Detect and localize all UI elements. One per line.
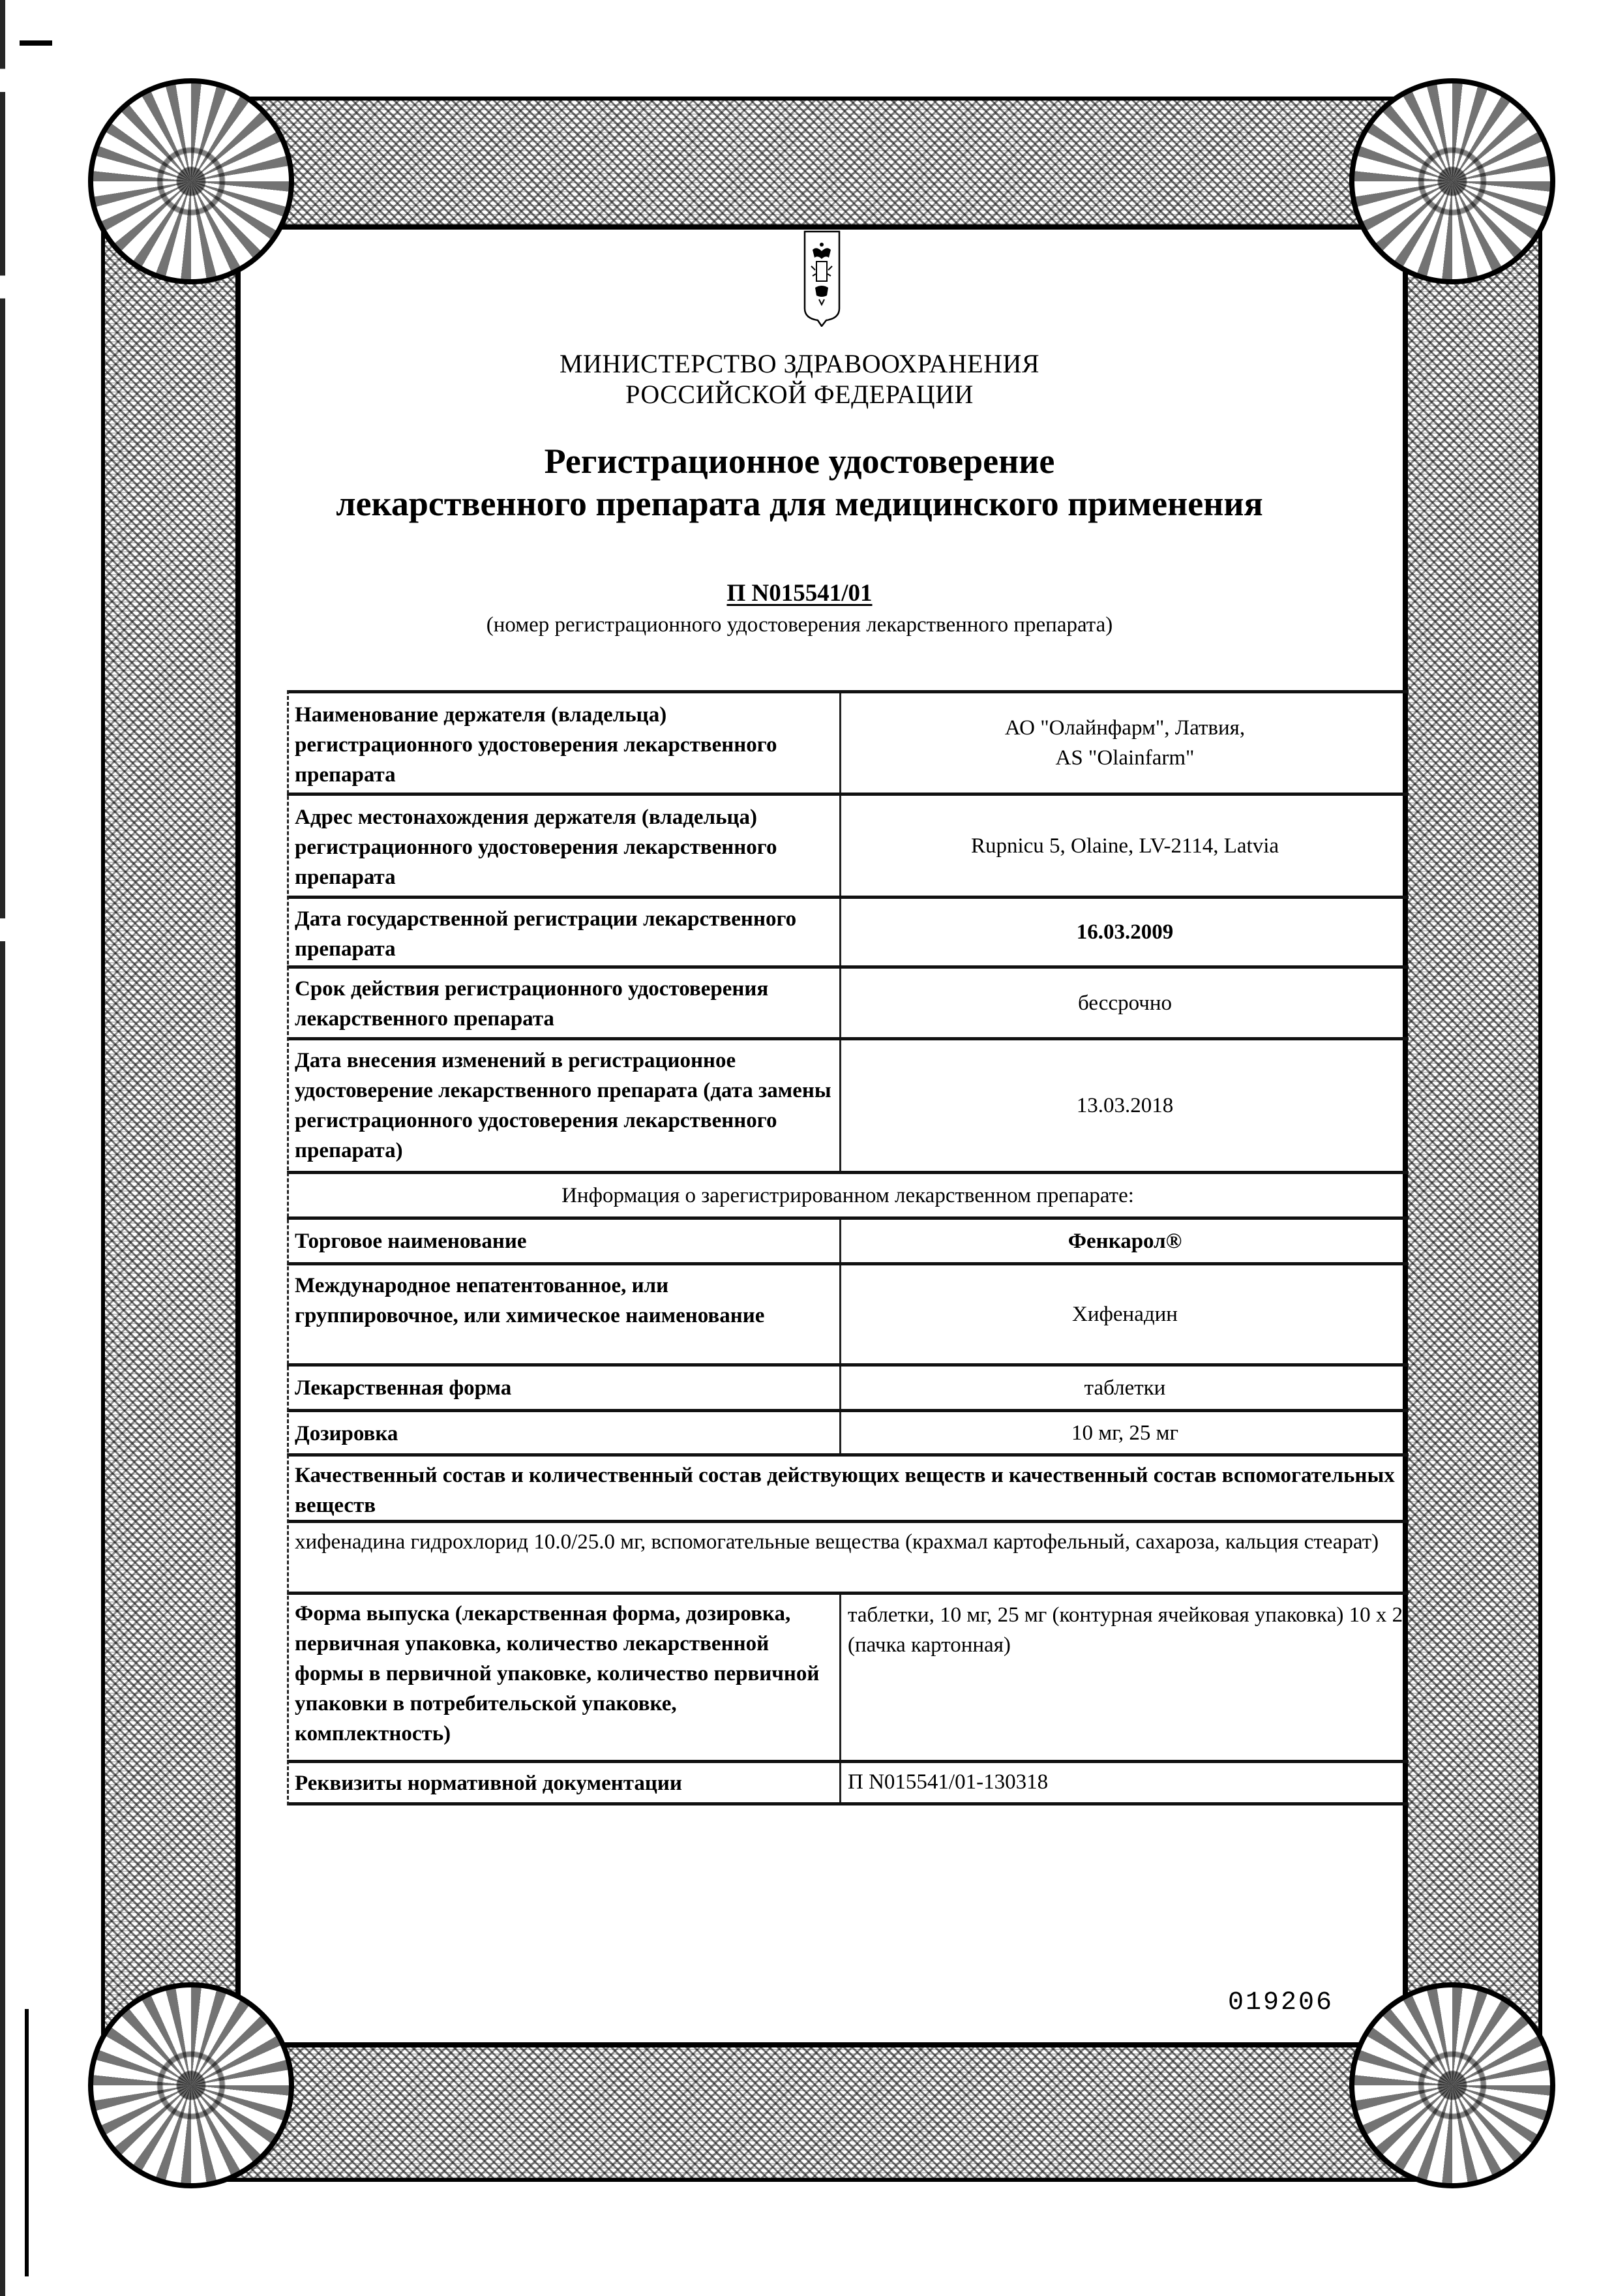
border-band-bottom [160, 2042, 1484, 2182]
holder-name-value: АО "Олайнфарм", Латвия, AS "Olainfarm" [839, 693, 1409, 793]
corner-rosette-top-left [88, 78, 294, 284]
table-row-composition-header: Качественный состав и количественный сос… [287, 1453, 1409, 1520]
holder-name-value-line1: АО "Олайнфарм", Латвия, [1005, 713, 1245, 743]
normative-docs-value: П N015541/01-130318 [839, 1763, 1409, 1802]
registration-date-value: 16.03.2009 [839, 899, 1409, 965]
corner-rosette-top-right [1349, 78, 1555, 284]
document-title-line1: Регистрационное удостоверение [0, 440, 1599, 482]
table-row-normative-docs: Реквизиты нормативной документации П N01… [287, 1760, 1409, 1805]
change-date-value: 13.03.2018 [839, 1040, 1409, 1171]
border-band-top [160, 97, 1484, 230]
corner-rosette-bottom-right [1349, 1982, 1555, 2188]
validity-value: бессрочно [839, 969, 1409, 1037]
corner-rosette-bottom-left [88, 1982, 294, 2188]
scan-mark [20, 40, 52, 46]
registration-number-caption: (номер регистрационного удостоверения ле… [0, 613, 1599, 637]
registration-number-text: П N015541/01 [726, 580, 872, 607]
ministry-name-line2: РОССИЙСКОЙ ФЕДЕРАЦИИ [0, 380, 1599, 410]
table-row-registration-date: Дата государственной регистрации лекарст… [287, 896, 1409, 965]
composition-value: хифенадина гидрохлорид 10.0/25.0 мг, всп… [295, 1527, 1401, 1557]
composition-header: Качественный состав и количественный сос… [295, 1460, 1401, 1520]
registration-number: П N015541/01 [0, 579, 1599, 607]
coat-of-arms-icon [803, 230, 841, 327]
table-left-border [287, 690, 289, 1805]
ministry-name-line1: МИНИСТЕРСТВО ЗДРАВООХРАНЕНИЯ [0, 349, 1599, 379]
table-row-inn: Международное непатентованное, или групп… [287, 1262, 1409, 1363]
table-row-info-header: Информация о зарегистрированном лекарств… [287, 1171, 1409, 1216]
trade-name-value: Фенкарол® [839, 1220, 1409, 1262]
trade-name-label: Торговое наименование [295, 1226, 836, 1256]
release-form-value: таблетки, 10 мг, 25 мг (контурная ячейко… [839, 1595, 1409, 1760]
dosage-form-label: Лекарственная форма [295, 1373, 836, 1403]
holder-name-label: Наименование держателя (владельца) регис… [295, 700, 836, 790]
table-row-dosage-form: Лекарственная форма таблетки [287, 1363, 1409, 1409]
inn-label: Международное непатентованное, или групп… [295, 1271, 836, 1331]
scan-edge-line [0, 0, 5, 2296]
dosage-label: Дозировка [295, 1419, 836, 1449]
table-row-change-date: Дата внесения изменений в регистрационно… [287, 1037, 1409, 1171]
release-form-label: Форма выпуска (лекарственная форма, дози… [295, 1599, 836, 1749]
table-row-validity: Срок действия регистрационного удостовер… [287, 965, 1409, 1037]
registration-date-label: Дата государственной регистрации лекарст… [295, 904, 836, 964]
document-title-line2: лекарственного препарата для медицинског… [0, 483, 1599, 524]
validity-label: Срок действия регистрационного удостовер… [295, 974, 836, 1034]
serial-number: 019206 [1228, 1988, 1334, 2017]
table-row-holder-address: Адрес местонахождения держателя (владель… [287, 793, 1409, 896]
holder-address-value: Rupnicu 5, Olaine, LV-2114, Latvia [839, 796, 1409, 896]
inn-value: Хифенадин [839, 1265, 1409, 1363]
table-row-dosage: Дозировка 10 мг, 25 мг [287, 1409, 1409, 1453]
normative-docs-label: Реквизиты нормативной документации [295, 1768, 836, 1798]
table-row-composition-value: хифенадина гидрохлорид 10.0/25.0 мг, всп… [287, 1520, 1409, 1592]
table-row-trade-name: Торговое наименование Фенкарол® [287, 1216, 1409, 1262]
table-row-release-form: Форма выпуска (лекарственная форма, дози… [287, 1592, 1409, 1760]
change-date-label: Дата внесения изменений в регистрационно… [295, 1046, 836, 1166]
dosage-value: 10 мг, 25 мг [839, 1412, 1409, 1453]
dosage-form-value: таблетки [839, 1367, 1409, 1409]
holder-address-label: Адрес местонахождения держателя (владель… [295, 802, 836, 892]
table-row-holder-name: Наименование держателя (владельца) регис… [287, 690, 1409, 793]
scan-edge-line-secondary [25, 2009, 29, 2276]
drug-info-header: Информация о зарегистрированном лекарств… [295, 1181, 1401, 1211]
holder-name-value-line2: AS "Olainfarm" [1005, 743, 1245, 773]
